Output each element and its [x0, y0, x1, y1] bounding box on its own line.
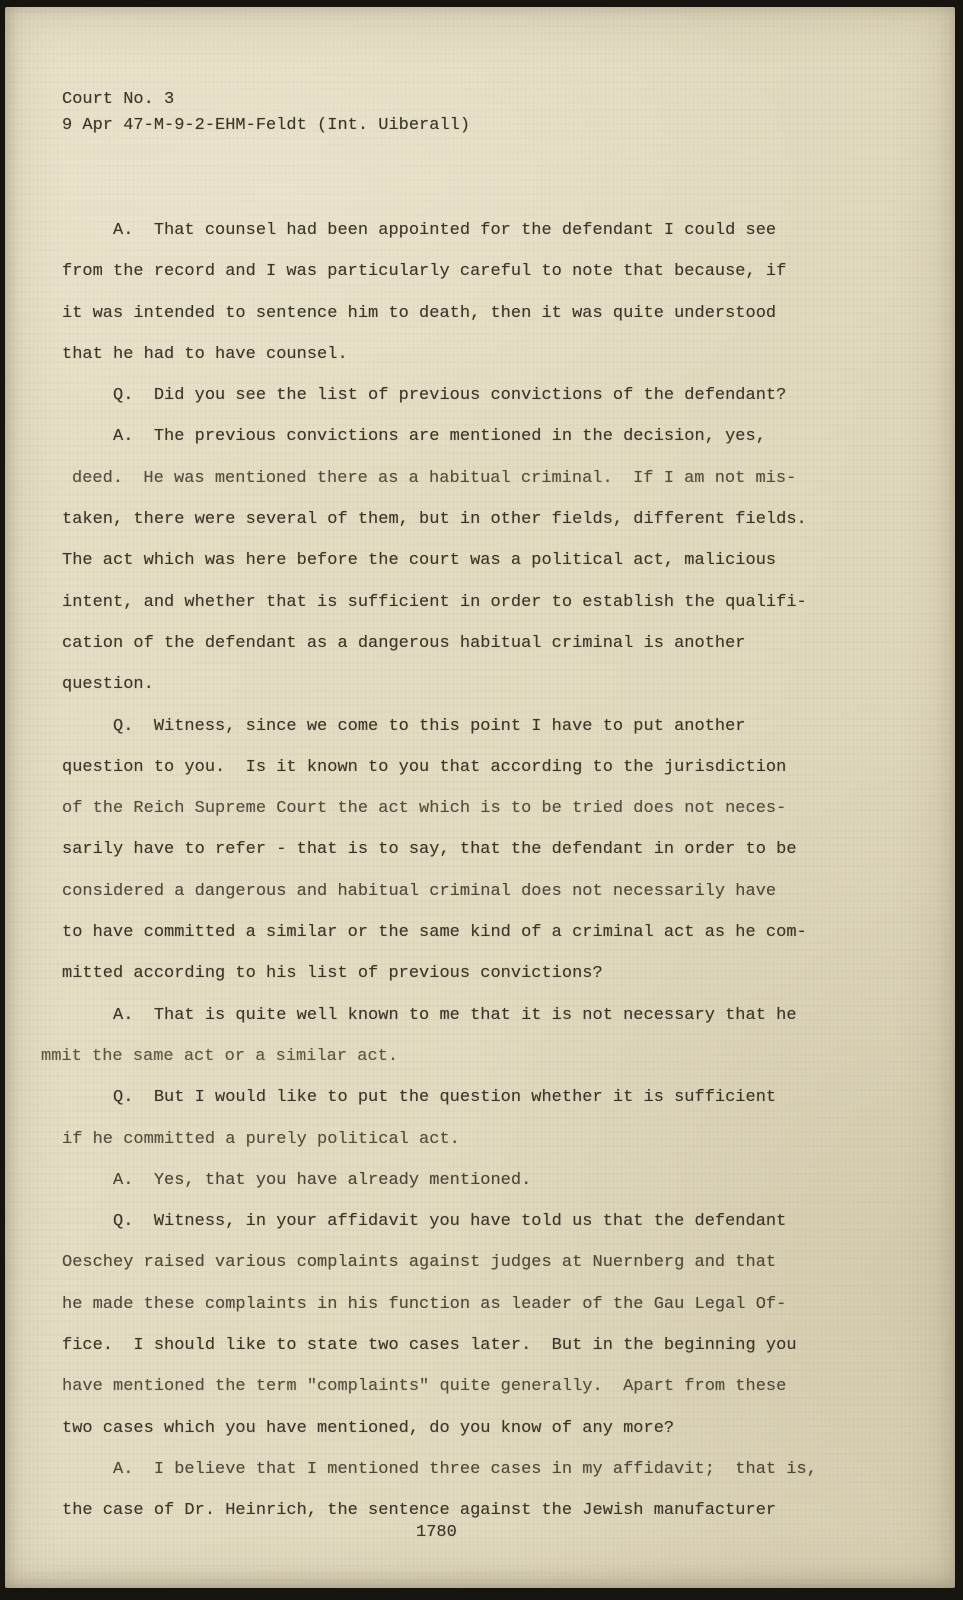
transcript-line: to have committed a similar or the same …: [62, 912, 922, 953]
transcript-line: question.: [62, 664, 922, 705]
session-id-line: 9 Apr 47-M-9-2-EHM-Feldt (Int. Uiberall): [62, 116, 470, 135]
transcript-line: fice. I should like to state two cases l…: [62, 1325, 922, 1366]
transcript-line: A. Yes, that you have already mentioned.: [62, 1160, 922, 1201]
transcript-line: A. That is quite well known to me that i…: [62, 995, 922, 1036]
transcript-line: Q. But I would like to put the question …: [62, 1077, 922, 1118]
court-number-line: Court No. 3: [62, 90, 174, 109]
transcript-line: mitted according to his list of previous…: [62, 953, 922, 994]
transcript-line: question to you. Is it known to you that…: [62, 747, 922, 788]
transcript-line: A. I believe that I mentioned three case…: [62, 1449, 922, 1490]
transcript-line: sarily have to refer - that is to say, t…: [62, 829, 922, 870]
transcript-line: deed. He was mentioned there as a habitu…: [72, 458, 922, 499]
transcript-line: A. The previous convictions are mentione…: [62, 416, 922, 457]
transcript-line: Q. Witness, since we come to this point …: [62, 706, 922, 747]
transcript-body: A. That counsel had been appointed for t…: [62, 210, 922, 1532]
transcript-line: The act which was here before the court …: [62, 540, 922, 581]
transcript-line: taken, there were several of them, but i…: [62, 499, 922, 540]
transcript-line: from the record and I was particularly c…: [62, 251, 922, 292]
transcript-line: it was intended to sentence him to death…: [62, 293, 922, 334]
transcript-line: Oeschey raised various complaints agains…: [62, 1242, 922, 1283]
transcript-line: mmit the same act or a similar act.: [41, 1036, 922, 1077]
transcript-line: of the Reich Supreme Court the act which…: [62, 788, 922, 829]
transcript-line: A. That counsel had been appointed for t…: [62, 210, 922, 251]
transcript-line: intent, and whether that is sufficient i…: [62, 582, 922, 623]
transcript-line: the case of Dr. Heinrich, the sentence a…: [62, 1490, 922, 1531]
transcript-line: Q. Witness, in your affidavit you have t…: [62, 1201, 922, 1242]
page-number: 1780: [416, 1520, 457, 1546]
scanned-transcript-page: { "page": { "paper_color": "#e3dcc2", "e…: [0, 0, 963, 1600]
transcript-line: if he committed a purely political act.: [62, 1119, 922, 1160]
page-header: Court No. 39 Apr 47-M-9-2-EHM-Feldt (Int…: [62, 87, 470, 165]
paper-sheet: Court No. 39 Apr 47-M-9-2-EHM-Feldt (Int…: [5, 7, 955, 1588]
transcript-line: have mentioned the term "complaints" qui…: [62, 1366, 922, 1407]
transcript-line: Q. Did you see the list of previous conv…: [62, 375, 922, 416]
transcript-line: cation of the defendant as a dangerous h…: [62, 623, 922, 664]
scan-noise: [185, 9, 685, 21]
transcript-line: considered a dangerous and habitual crim…: [62, 871, 922, 912]
transcript-line: two cases which you have mentioned, do y…: [62, 1408, 922, 1449]
transcript-line: that he had to have counsel.: [62, 334, 922, 375]
transcript-line: he made these complaints in his function…: [62, 1284, 922, 1325]
